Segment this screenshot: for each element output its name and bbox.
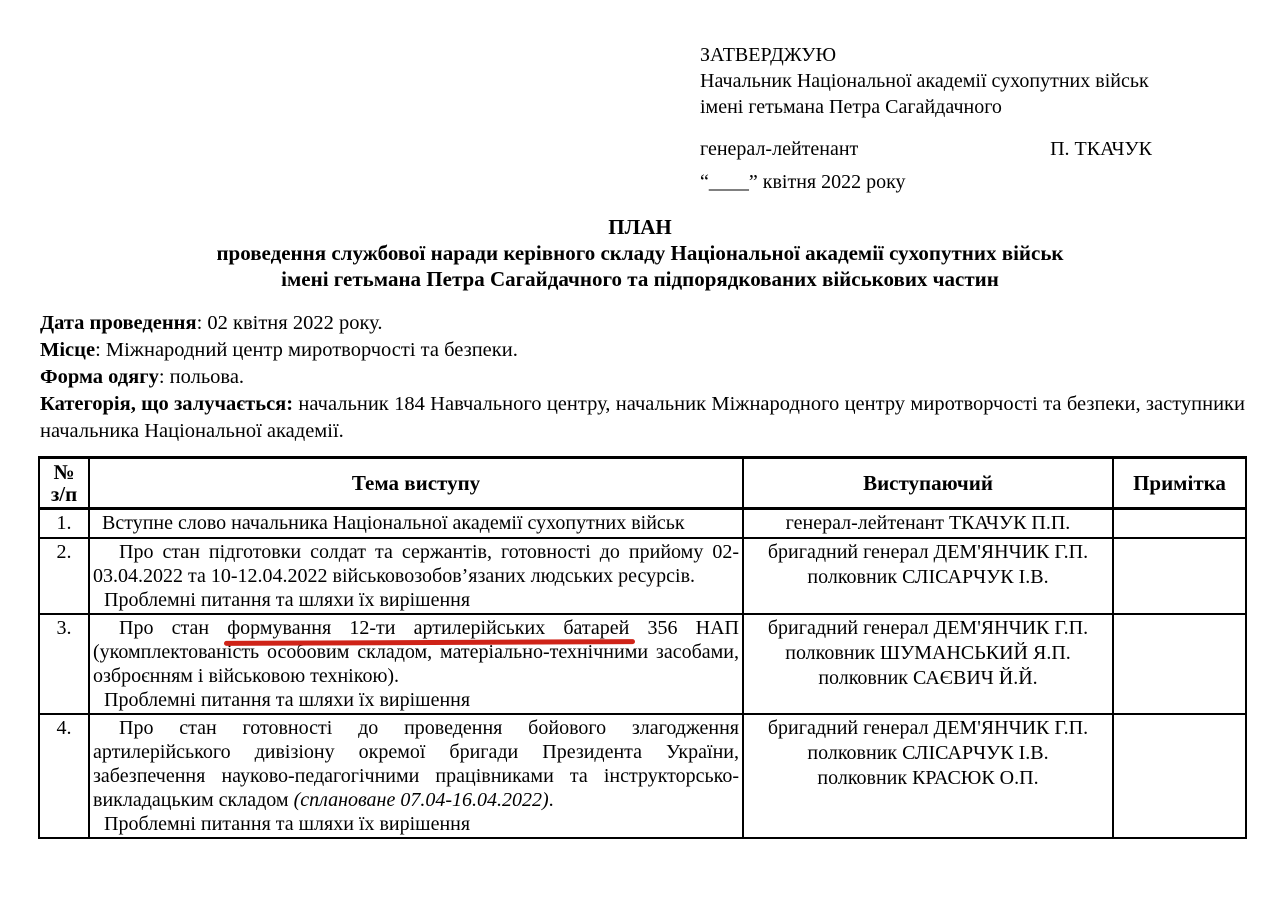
- meta-dress-value: : польова.: [159, 366, 244, 388]
- row-topic: Про стан підготовки солдат та сержантів,…: [89, 538, 743, 614]
- row-number: 3.: [39, 614, 89, 714]
- speaker: полковник ШУМАНСЬКИЙ Я.П.: [747, 641, 1109, 666]
- topic-text: Про стан готовності до проведення бойово…: [93, 716, 739, 812]
- meta-place: Місце: Міжнародний центр миротворчості т…: [40, 337, 1245, 364]
- approver-position-line2: імені гетьмана Петра Сагайдачного: [700, 94, 1260, 120]
- document-page: ЗАТВЕРДЖУЮ Начальник Національної академ…: [0, 0, 1280, 905]
- speaker: полковник САЄВИЧ Й.Й.: [747, 666, 1109, 691]
- table-row: 2. Про стан підготовки солдат та сержант…: [39, 538, 1246, 614]
- approval-signature-row: генерал-лейтенант П. ТКАЧУК: [700, 136, 1152, 162]
- row-number: 1.: [39, 509, 89, 539]
- meta-date: Дата проведення: 02 квітня 2022 року.: [40, 310, 1245, 337]
- speaker: генерал-лейтенант ТКАЧУК П.П.: [747, 511, 1109, 536]
- meta-category: Категорія, що залучається: начальник 184…: [40, 391, 1245, 445]
- meta-category-label: Категорія, що залучається:: [40, 393, 293, 415]
- topic-text: Вступне слово начальника Національної ак…: [93, 511, 739, 535]
- meta-date-value: : 02 квітня 2022 року.: [197, 312, 383, 334]
- speaker: бригадний генерал ДЕМ'ЯНЧИК Г.П.: [747, 540, 1109, 565]
- row-note: [1113, 614, 1246, 714]
- row-topic: Про стан формування 12-ти артилерійських…: [89, 614, 743, 714]
- speaker: бригадний генерал ДЕМ'ЯНЧИК Г.П.: [747, 716, 1109, 741]
- title-word-plan: ПЛАН: [0, 214, 1280, 240]
- topic-text: Про стан підготовки солдат та сержантів,…: [93, 540, 739, 588]
- approval-block: ЗАТВЕРДЖУЮ Начальник Національної академ…: [700, 42, 1260, 195]
- row-number: 4.: [39, 714, 89, 838]
- header-speaker: Виступаючий: [743, 458, 1113, 509]
- italic-planned-dates: (сплановане 07.04-16.04.2022): [294, 789, 549, 811]
- approval-date-blank: “____” квітня 2022 року: [700, 169, 1260, 195]
- approver-position-line1: Начальник Національної академії сухопутн…: [700, 68, 1260, 94]
- header-num: № з/п: [39, 458, 89, 509]
- row-speakers: бригадний генерал ДЕМ'ЯНЧИК Г.П. полковн…: [743, 538, 1113, 614]
- row-number: 2.: [39, 538, 89, 614]
- approver-name: П. ТКАЧУК: [1050, 136, 1152, 162]
- speaker: полковник СЛІСАРЧУК І.В.: [747, 565, 1109, 590]
- document-title: ПЛАН проведення службової наради керівно…: [0, 214, 1280, 292]
- approver-rank: генерал-лейтенант: [700, 136, 858, 162]
- meta-place-label: Місце: [40, 339, 95, 361]
- table-row: 3. Про стан формування 12-ти артилерійсь…: [39, 614, 1246, 714]
- table-row: 4. Про стан готовності до проведення бой…: [39, 714, 1246, 838]
- meta-place-value: : Міжнародний центр миротворчості та без…: [95, 339, 518, 361]
- header-topic: Тема виступу: [89, 458, 743, 509]
- plan-table: № з/п Тема виступу Виступаючий Примітка …: [38, 456, 1247, 839]
- meta-dress-label: Форма одягу: [40, 366, 159, 388]
- speaker: бригадний генерал ДЕМ'ЯНЧИК Г.П.: [747, 616, 1109, 641]
- topic-problem-line: Проблемні питання та шляхи їх вирішення: [93, 688, 739, 712]
- row-topic: Вступне слово начальника Національної ак…: [89, 509, 743, 539]
- topic-problem-line: Проблемні питання та шляхи їх вирішення: [93, 812, 739, 836]
- approval-stamp: ЗАТВЕРДЖУЮ: [700, 42, 1260, 68]
- header-note: Примітка: [1113, 458, 1246, 509]
- title-line2: проведення службової наради керівного ск…: [0, 240, 1280, 266]
- row-note: [1113, 538, 1246, 614]
- meta-block: Дата проведення: 02 квітня 2022 року. Мі…: [40, 310, 1245, 445]
- speaker: полковник СЛІСАРЧУК І.В.: [747, 741, 1109, 766]
- table-row: 1. Вступне слово начальника Національної…: [39, 509, 1246, 539]
- speaker: полковник КРАСЮК О.П.: [747, 766, 1109, 791]
- row-note: [1113, 714, 1246, 838]
- title-line3: імені гетьмана Петра Сагайдачного та під…: [0, 266, 1280, 292]
- row-speakers: бригадний генерал ДЕМ'ЯНЧИК Г.П. полковн…: [743, 714, 1113, 838]
- red-underlined-phrase: формування 12-ти артилерійських батарей: [227, 617, 629, 639]
- topic-text: Про стан формування 12-ти артилерійських…: [93, 616, 739, 688]
- table-header-row: № з/п Тема виступу Виступаючий Примітка: [39, 458, 1246, 509]
- row-speakers: генерал-лейтенант ТКАЧУК П.П.: [743, 509, 1113, 539]
- row-note: [1113, 509, 1246, 539]
- meta-dress: Форма одягу: польова.: [40, 364, 1245, 391]
- topic-problem-line: Проблемні питання та шляхи їх вирішення: [93, 588, 739, 612]
- row-topic: Про стан готовності до проведення бойово…: [89, 714, 743, 838]
- row-speakers: бригадний генерал ДЕМ'ЯНЧИК Г.П. полковн…: [743, 614, 1113, 714]
- meta-date-label: Дата проведення: [40, 312, 197, 334]
